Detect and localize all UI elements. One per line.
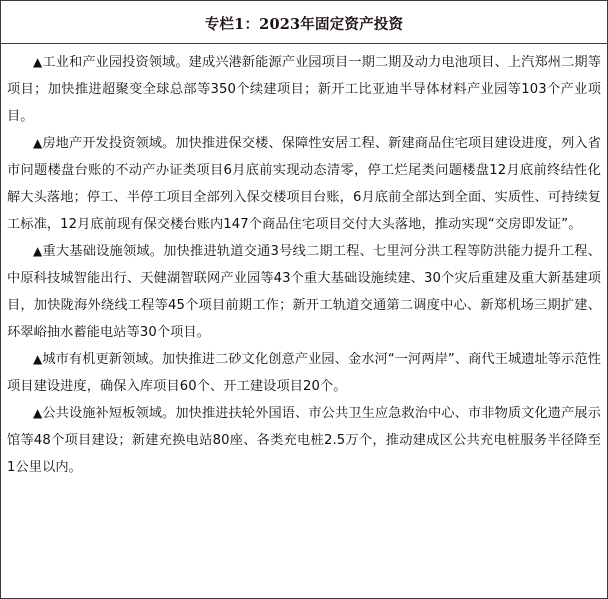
paragraph-public-facilities: ▲公共设施补短板领域。加快推进扶轮外国语、市公共卫生应急救治中心、市非物质文化遗… [7, 400, 601, 481]
paragraph-real-estate: ▲房地产开发投资领域。加快推进保交楼、保障性安居工程、新建商品住宅项目建设进度，… [7, 130, 601, 238]
paragraph-text: 房地产开发投资领域。加快推进保交楼、保障性安居工程、新建商品住宅项目建设进度，列… [7, 136, 601, 232]
triangle-bullet-icon: ▲ [33, 136, 42, 150]
paragraph-text: 公共设施补短板领域。加快推进扶轮外国语、市公共卫生应急救治中心、市非物质文化遗产… [7, 406, 601, 475]
paragraph-industrial: ▲工业和产业园投资领域。建成兴港新能源产业园项目一期二期及动力电池项目、上汽郑州… [7, 49, 601, 130]
column-content: ▲工业和产业园投资领域。建成兴港新能源产业园项目一期二期及动力电池项目、上汽郑州… [1, 44, 607, 481]
triangle-bullet-icon: ▲ [33, 352, 42, 366]
triangle-bullet-icon: ▲ [33, 55, 42, 69]
paragraph-urban-renewal: ▲城市有机更新领域。加快推进二砂文化创意产业园、金水河“一河两岸”、商代王城遗址… [7, 346, 601, 400]
paragraph-infrastructure: ▲重大基础设施领域。加快推进轨道交通3号线二期工程、七里河分洪工程等防洪能力提升… [7, 238, 601, 346]
paragraph-text: 城市有机更新领域。加快推进二砂文化创意产业园、金水河“一河两岸”、商代王城遗址等… [7, 352, 601, 394]
column-title: 专栏1：2023年固定资产投资 [205, 13, 403, 34]
paragraph-text: 重大基础设施领域。加快推进轨道交通3号线二期工程、七里河分洪工程等防洪能力提升工… [7, 244, 601, 340]
title-row: 专栏1：2023年固定资产投资 [1, 1, 607, 44]
column-box: 专栏1：2023年固定资产投资 ▲工业和产业园投资领域。建成兴港新能源产业园项目… [0, 0, 608, 599]
paragraph-text: 工业和产业园投资领域。建成兴港新能源产业园项目一期二期及动力电池项目、上汽郑州二… [7, 55, 601, 124]
triangle-bullet-icon: ▲ [33, 406, 42, 420]
